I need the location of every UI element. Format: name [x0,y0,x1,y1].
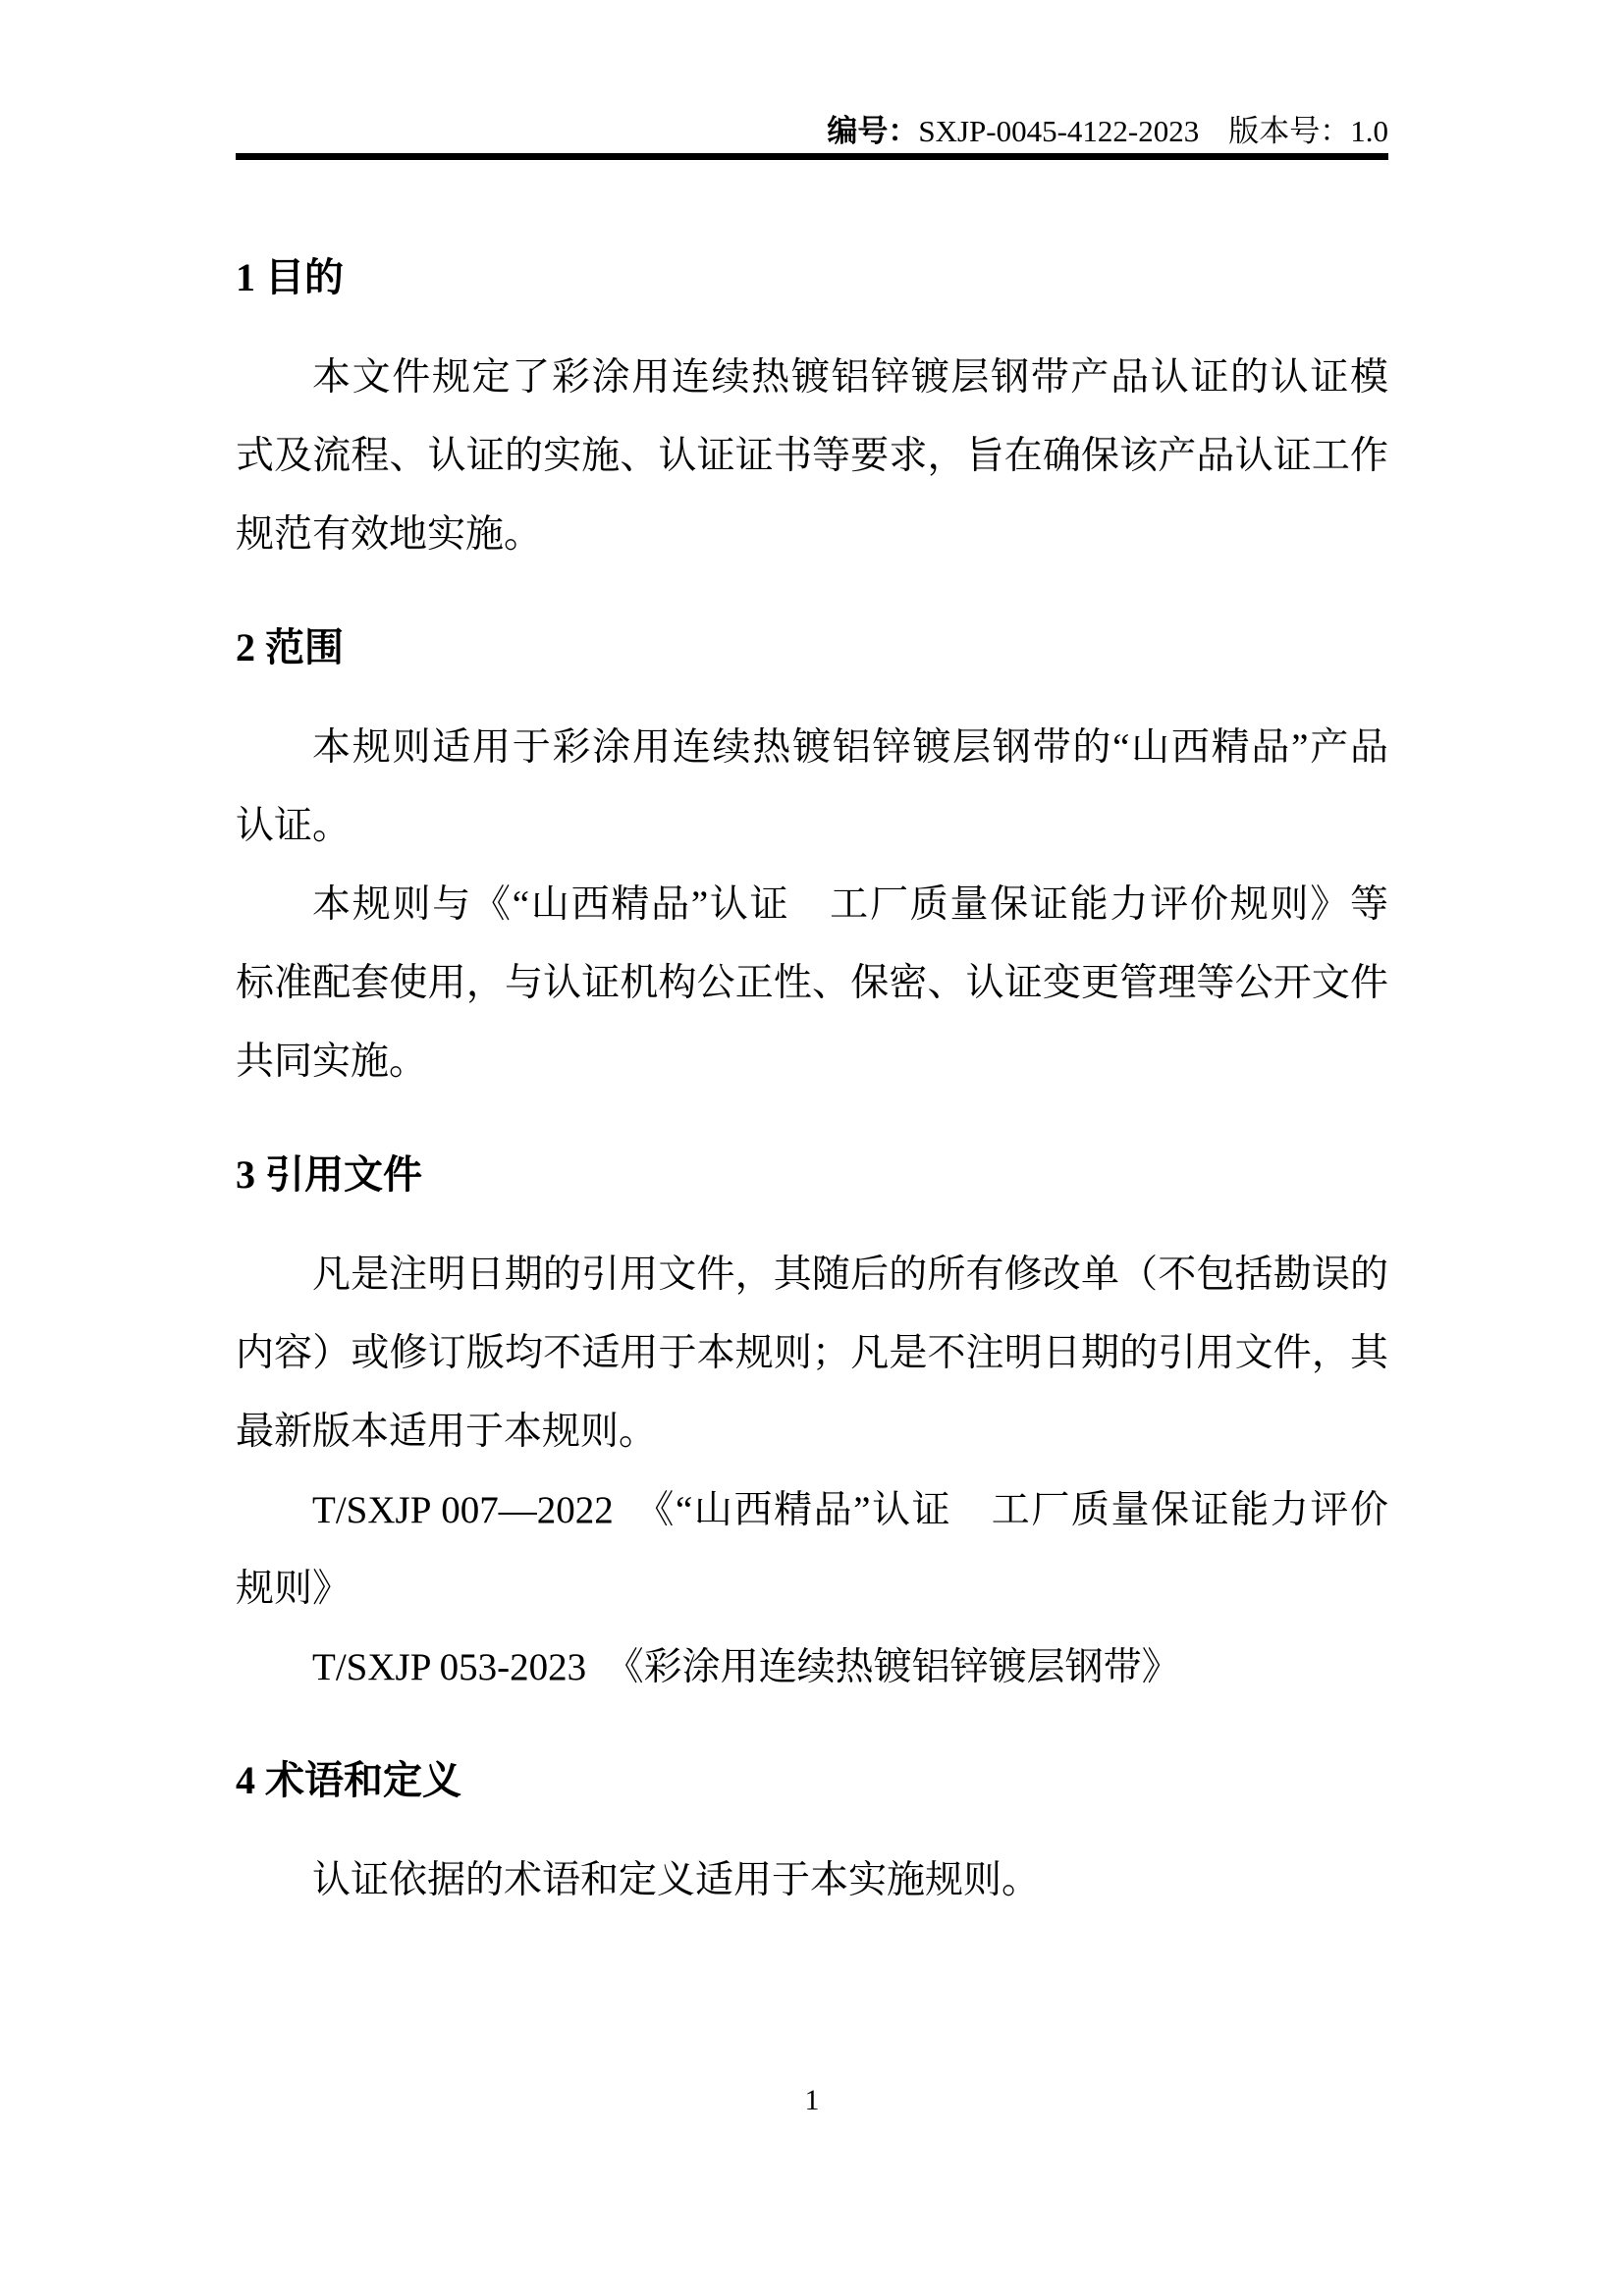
header-rule [236,153,1388,160]
paragraph-line: 认证。 [236,787,1388,866]
section-heading: 1 目的 [236,239,1388,317]
version-value: 1.0 [1350,114,1388,148]
document-body: 1 目的本文件规定了彩涂用连续热镀铝锌镀层钢带产品认证的认证模式及流程、认证的实… [236,239,1388,1920]
paragraph-line: 本规则与《“山西精品”认证 工厂质量保证能力评价规则》等 [236,866,1388,944]
paragraph: 本规则适用于彩涂用连续热镀铝锌镀层钢带的“山西精品”产品认证。 [236,709,1388,866]
paragraph-line: 凡是注明日期的引用文件，其随后的所有修改单（不包括勘误的 [236,1236,1388,1314]
section-heading: 3 引用文件 [236,1136,1388,1214]
doc-number-value: SXJP-0045-4122-2023 [918,114,1199,148]
document-header: 编号：SXJP-0045-4122-2023版本号：1.0 [236,110,1388,153]
paragraph-line: 本文件规定了彩涂用连续热镀铝锌镀层钢带产品认证的认证模 [236,339,1388,417]
paragraph-line: 标准配套使用，与认证机构公正性、保密、认证变更管理等公开文件 [236,944,1388,1023]
paragraph: 认证依据的术语和定义适用于本实施规则。 [236,1842,1388,1920]
paragraph-line: 最新版本适用于本规则。 [236,1393,1388,1471]
page-number: 1 [805,2084,820,2116]
paragraph-line: 规范有效地实施。 [236,496,1388,574]
version-label: 版本号： [1228,114,1350,148]
paragraph-line: 式及流程、认证的实施、认证证书等要求，旨在确保该产品认证工作 [236,417,1388,496]
paragraph: 凡是注明日期的引用文件，其随后的所有修改单（不包括勘误的内容）或修订版均不适用于… [236,1236,1388,1471]
paragraph-line: 共同实施。 [236,1023,1388,1101]
paragraph: T/SXJP 007—2022 《“山西精品”认证 工厂质量保证能力评价规则》 [236,1471,1388,1629]
section-heading: 4 术语和定义 [236,1741,1388,1820]
paragraph-line: 认证依据的术语和定义适用于本实施规则。 [236,1842,1388,1920]
document-page: 编号：SXJP-0045-4122-2023版本号：1.0 1 目的本文件规定了… [0,0,1624,2296]
paragraph: 本规则与《“山西精品”认证 工厂质量保证能力评价规则》等标准配套使用，与认证机构… [236,866,1388,1101]
paragraph: T/SXJP 053-2023 《彩涂用连续热镀铝锌镀层钢带》 [236,1629,1388,1707]
paragraph-line: 规则》 [236,1550,1388,1629]
paragraph-line: T/SXJP 053-2023 《彩涂用连续热镀铝锌镀层钢带》 [236,1629,1388,1707]
footer: 1 [0,2081,1624,2120]
paragraph-line: 内容）或修订版均不适用于本规则；凡是不注明日期的引用文件，其 [236,1314,1388,1393]
paragraph-line: T/SXJP 007—2022 《“山西精品”认证 工厂质量保证能力评价 [236,1471,1388,1550]
section-heading: 2 范围 [236,609,1388,687]
doc-number-label: 编号： [827,114,918,148]
paragraph: 本文件规定了彩涂用连续热镀铝锌镀层钢带产品认证的认证模式及流程、认证的实施、认证… [236,339,1388,574]
paragraph-line: 本规则适用于彩涂用连续热镀铝锌镀层钢带的“山西精品”产品 [236,709,1388,787]
